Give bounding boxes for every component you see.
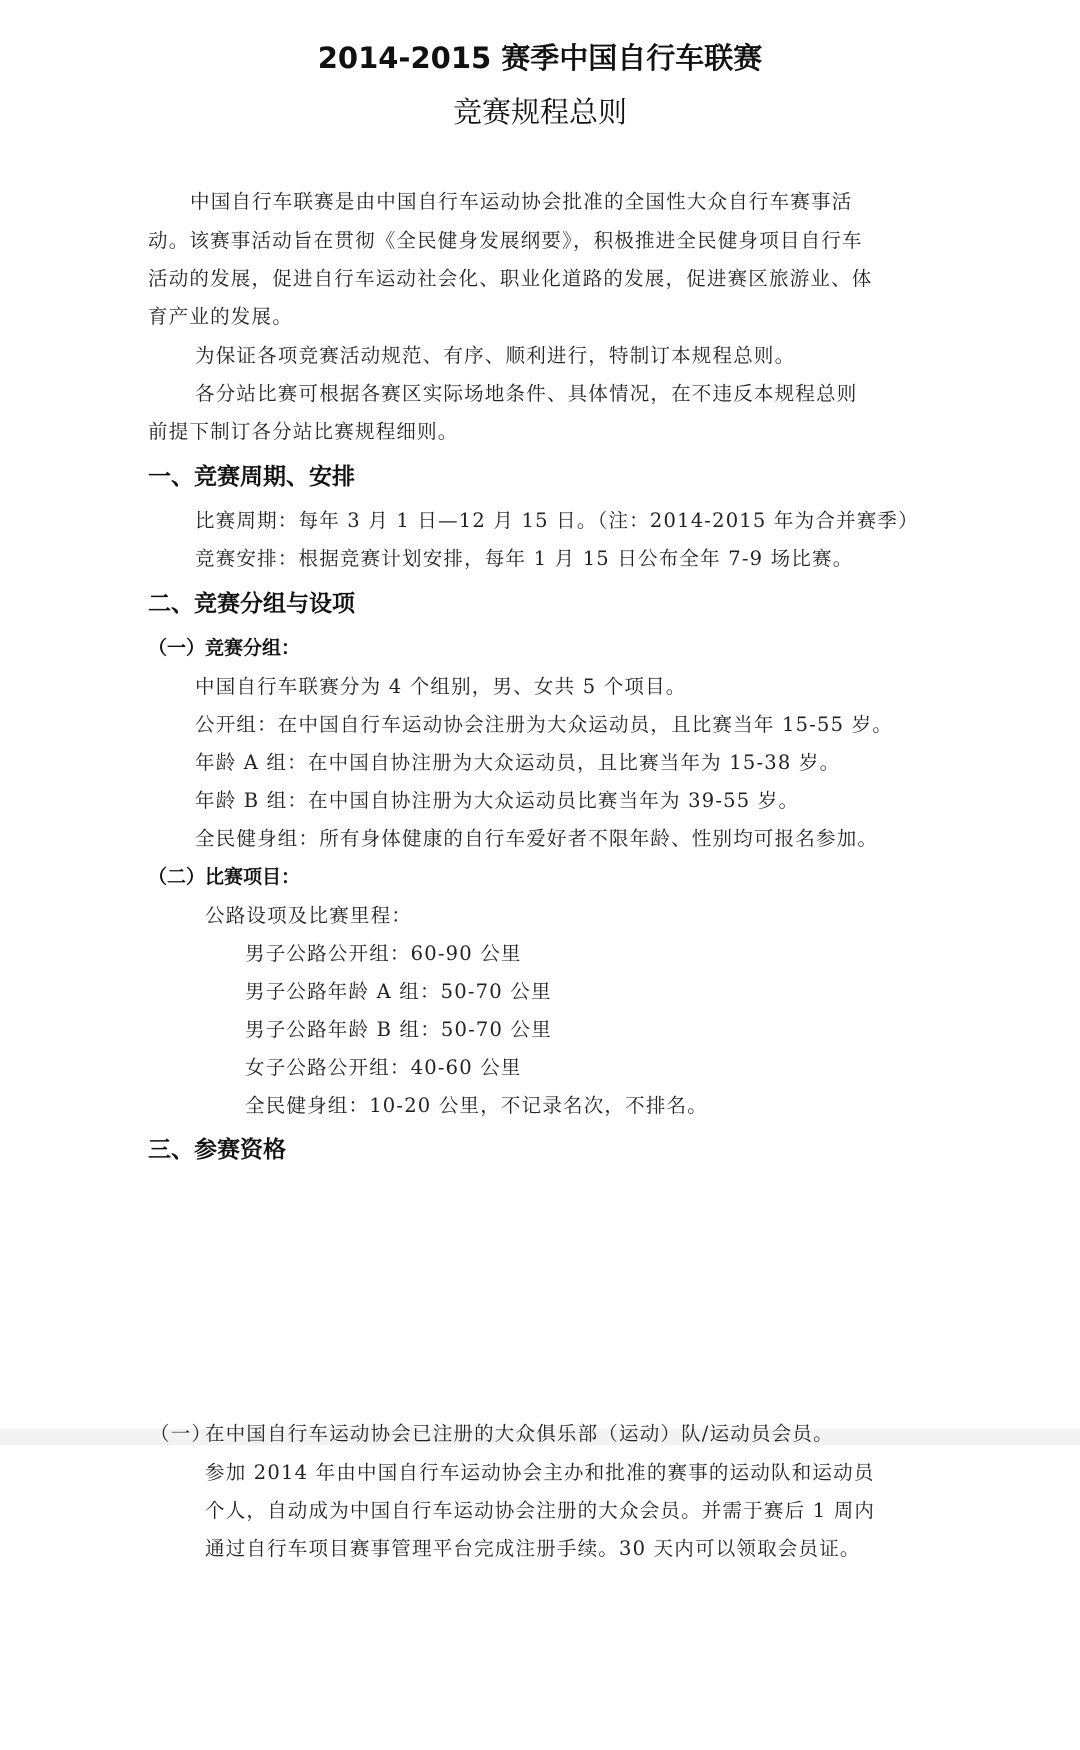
section-3-heading: 三、参赛资格 [148,1131,286,1164]
event-item-2: 男子公路年龄 A 组：50-70 公里 [245,976,552,1004]
intro-line-2: 动。该赛事活动旨在贯彻《全民健身发展纲要》，积极推进全民健身项目自行车 [148,225,863,253]
intro-line-6: 各分站比赛可根据各赛区实际场地条件、具体情况，在不违反本规程总则 [195,378,857,406]
section-1-line-1: 比赛周期：每年 3 月 1 日—12 月 15 日。（注：2014-2015 年… [195,505,919,533]
section-2-sub-2-heading: （二）比赛项目： [148,862,300,889]
section-2-sub-1-heading: （一）竞赛分组： [148,633,300,660]
eligibility-line-2: 个人，自动成为中国自行车运动协会注册的大众会员。并需于赛后 1 周内 [205,1495,875,1523]
intro-line-5: 为保证各项竞赛活动规范、有序、顺利进行，特制订本规程总则。 [195,340,795,368]
group-line-3: 年龄 A 组：在中国自协注册为大众运动员，且比赛当年为 15-38 岁。 [195,747,840,775]
eligibility-line-3: 通过自行车项目赛事管理平台完成注册手续。30 天内可以领取会员证。 [205,1533,861,1561]
group-line-2: 公开组：在中国自行车运动协会注册为大众运动员，且比赛当年 15-55 岁。 [195,709,893,737]
document-page-2: （一） 在中国自行车运动协会已注册的大众俱乐部（运动）队/运动员会员。 参加 2… [0,1445,1080,1750]
intro-line-7: 前提下制订各分站比赛规程细则。 [148,416,459,444]
group-line-4: 年龄 B 组：在中国自协注册为大众运动员比赛当年为 39-55 岁。 [195,785,799,813]
event-item-4: 女子公路公开组：40-60 公里 [245,1052,522,1080]
event-item-3: 男子公路年龄 B 组：50-70 公里 [245,1014,552,1042]
group-line-1: 中国自行车联赛分为 4 个组别，男、女共 5 个项目。 [195,671,687,699]
group-line-5: 全民健身组：所有身体健康的自行车爱好者不限年龄、性别均可报名参加。 [195,823,878,851]
event-item-5: 全民健身组：10-20 公里，不记录名次，不排名。 [245,1090,708,1118]
section-1-heading: 一、竞赛周期、安排 [148,458,355,491]
intro-line-1: 中国自行车联赛是由中国自行车运动协会批准的全国性大众自行车赛事活 [190,186,852,214]
document-page-1: 2014-2015 赛季中国自行车联赛 竞赛规程总则 中国自行车联赛是由中国自行… [0,0,1080,1429]
eligibility-item-1-text: 在中国自行车运动协会已注册的大众俱乐部（运动）队/运动员会员。 [205,1418,834,1446]
event-intro: 公路设项及比赛里程： [205,900,412,928]
eligibility-line-1: 参加 2014 年由中国自行车运动协会主办和批准的赛事的运动队和运动员 [205,1457,875,1485]
event-item-1: 男子公路公开组：60-90 公里 [245,938,522,966]
document-subtitle: 竞赛规程总则 [0,90,1080,131]
eligibility-item-1-label: （一） [150,1418,212,1446]
intro-line-3: 活动的发展，促进自行车运动社会化、职业化道路的发展，促进赛区旅游业、体 [148,263,873,291]
section-1-line-2: 竞赛安排：根据竞赛计划安排，每年 1 月 15 日公布全年 7-9 场比赛。 [195,543,853,571]
section-2-heading: 二、竞赛分组与设项 [148,585,355,618]
document-title: 2014-2015 赛季中国自行车联赛 [0,36,1080,77]
intro-line-4: 育产业的发展。 [148,301,293,329]
